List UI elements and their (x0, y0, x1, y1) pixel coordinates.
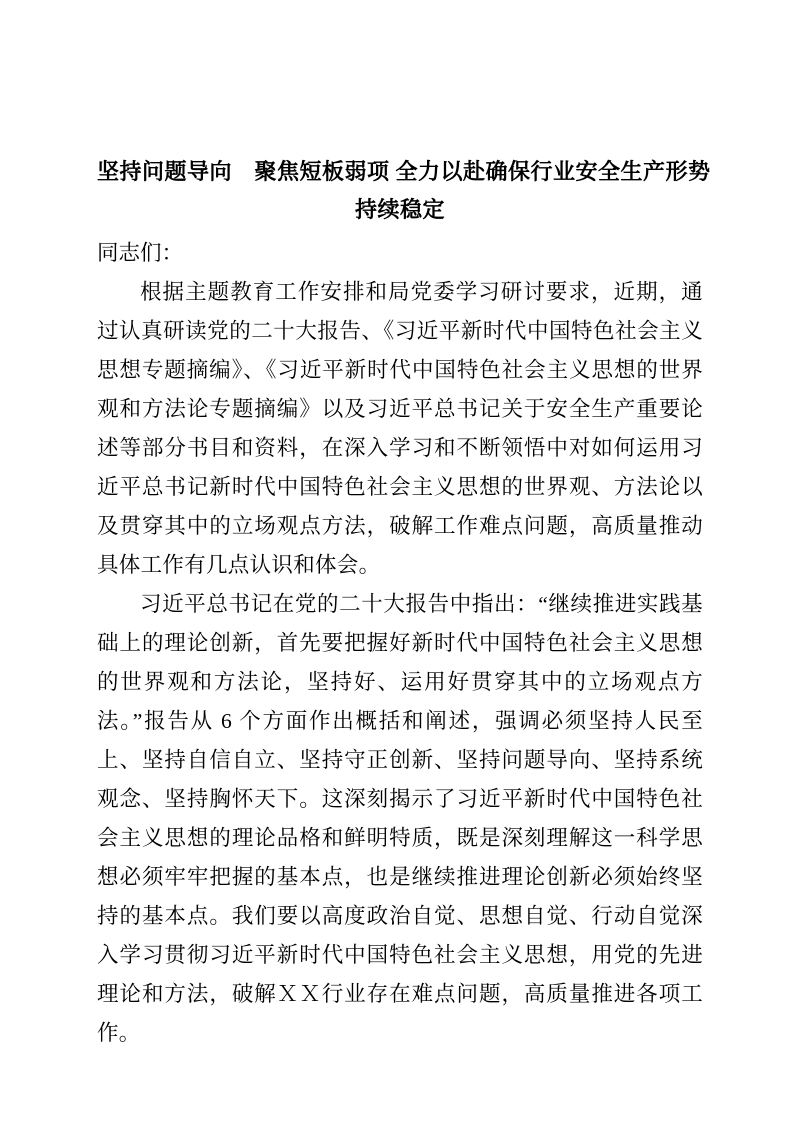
title-line-2: 持续稳定 (97, 191, 703, 229)
document-title: 坚持问题导向 聚焦短板弱项 全力以赴确保行业安全生产形势 持续稳定 (97, 153, 703, 229)
body-paragraph-2: 习近平总书记在党的二十大报告中指出：“继续推进实践基础上的理论创新，首先要把握好… (97, 585, 703, 1053)
title-line-1: 坚持问题导向 聚焦短板弱项 全力以赴确保行业安全生产形势 (97, 153, 703, 191)
body-paragraph-1: 根据主题教育工作安排和局党委学习研讨要求，近期，通过认真研读党的二十大报告、《习… (97, 273, 703, 585)
salutation: 同志们： (97, 234, 703, 273)
document-page: 坚持问题导向 聚焦短板弱项 全力以赴确保行业安全生产形势 持续稳定 同志们： 根… (0, 0, 793, 1122)
